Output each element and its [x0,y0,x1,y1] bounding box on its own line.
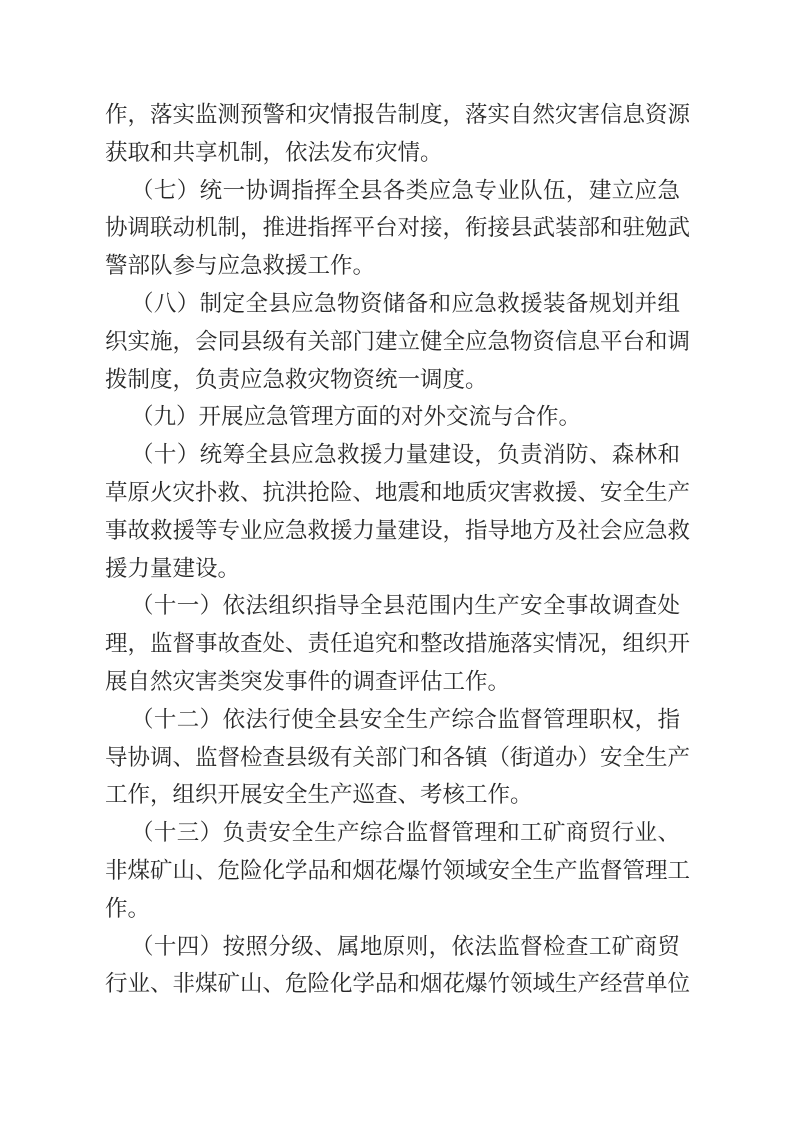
text-line-item-9: （九）开展应急管理方面的对外交流与合作。 [105,398,680,436]
text-line-item-7-start: （七）统一协调指挥全县各类应急专业队伍，建立应急 [105,172,680,210]
text-line-item-14-start: （十四）按照分级、属地原则，依法监督检查工矿商贸 [105,928,680,966]
text-line: 非煤矿山、危险化学品和烟花爆竹领域安全生产监督管理工 [105,852,680,890]
text-line: 理，监督事故查处、责任追究和整改措施落实情况，组织开 [105,625,680,663]
text-line: 作，落实监测预警和灾情报告制度，落实自然灾害信息资源 [105,96,680,134]
text-line: 援力量建设。 [105,550,680,588]
text-line: 获取和共享机制，依法发布灾情。 [105,134,680,172]
text-line: 警部队参与应急救援工作。 [105,247,680,285]
text-line-item-8-start: （八）制定全县应急物资储备和应急救援装备规划并组 [105,285,680,323]
text-line-item-11-start: （十一）依法组织指导全县范围内生产安全事故调查处 [105,587,680,625]
text-line: 织实施，会同县级有关部门建立健全应急物资信息平台和调 [105,323,680,361]
text-line: 作。 [105,890,680,928]
document-text-block: 作，落实监测预警和灾情报告制度，落实自然灾害信息资源 获取和共享机制，依法发布灾… [105,96,680,1003]
text-line: 拨制度，负责应急救灾物资统一调度。 [105,361,680,399]
text-line: 行业、非煤矿山、危险化学品和烟花爆竹领域生产经营单位 [105,965,680,1003]
document-page: 作，落实监测预警和灾情报告制度，落实自然灾害信息资源 获取和共享机制，依法发布灾… [0,0,793,1122]
text-line: 工作，组织开展安全生产巡查、考核工作。 [105,776,680,814]
text-line: 导协调、监督检查县级有关部门和各镇（街道办）安全生产 [105,739,680,777]
text-line: 展自然灾害类突发事件的调查评估工作。 [105,663,680,701]
text-line-item-10-start: （十）统筹全县应急救援力量建设，负责消防、森林和 [105,436,680,474]
text-line: 协调联动机制，推进指挥平台对接，衔接县武装部和驻勉武 [105,209,680,247]
text-line-item-12-start: （十二）依法行使全县安全生产综合监督管理职权，指 [105,701,680,739]
text-line: 草原火灾扑救、抗洪抢险、地震和地质灾害救援、安全生产 [105,474,680,512]
text-line: 事故救援等专业应急救援力量建设，指导地方及社会应急救 [105,512,680,550]
text-line-item-13-start: （十三）负责安全生产综合监督管理和工矿商贸行业、 [105,814,680,852]
